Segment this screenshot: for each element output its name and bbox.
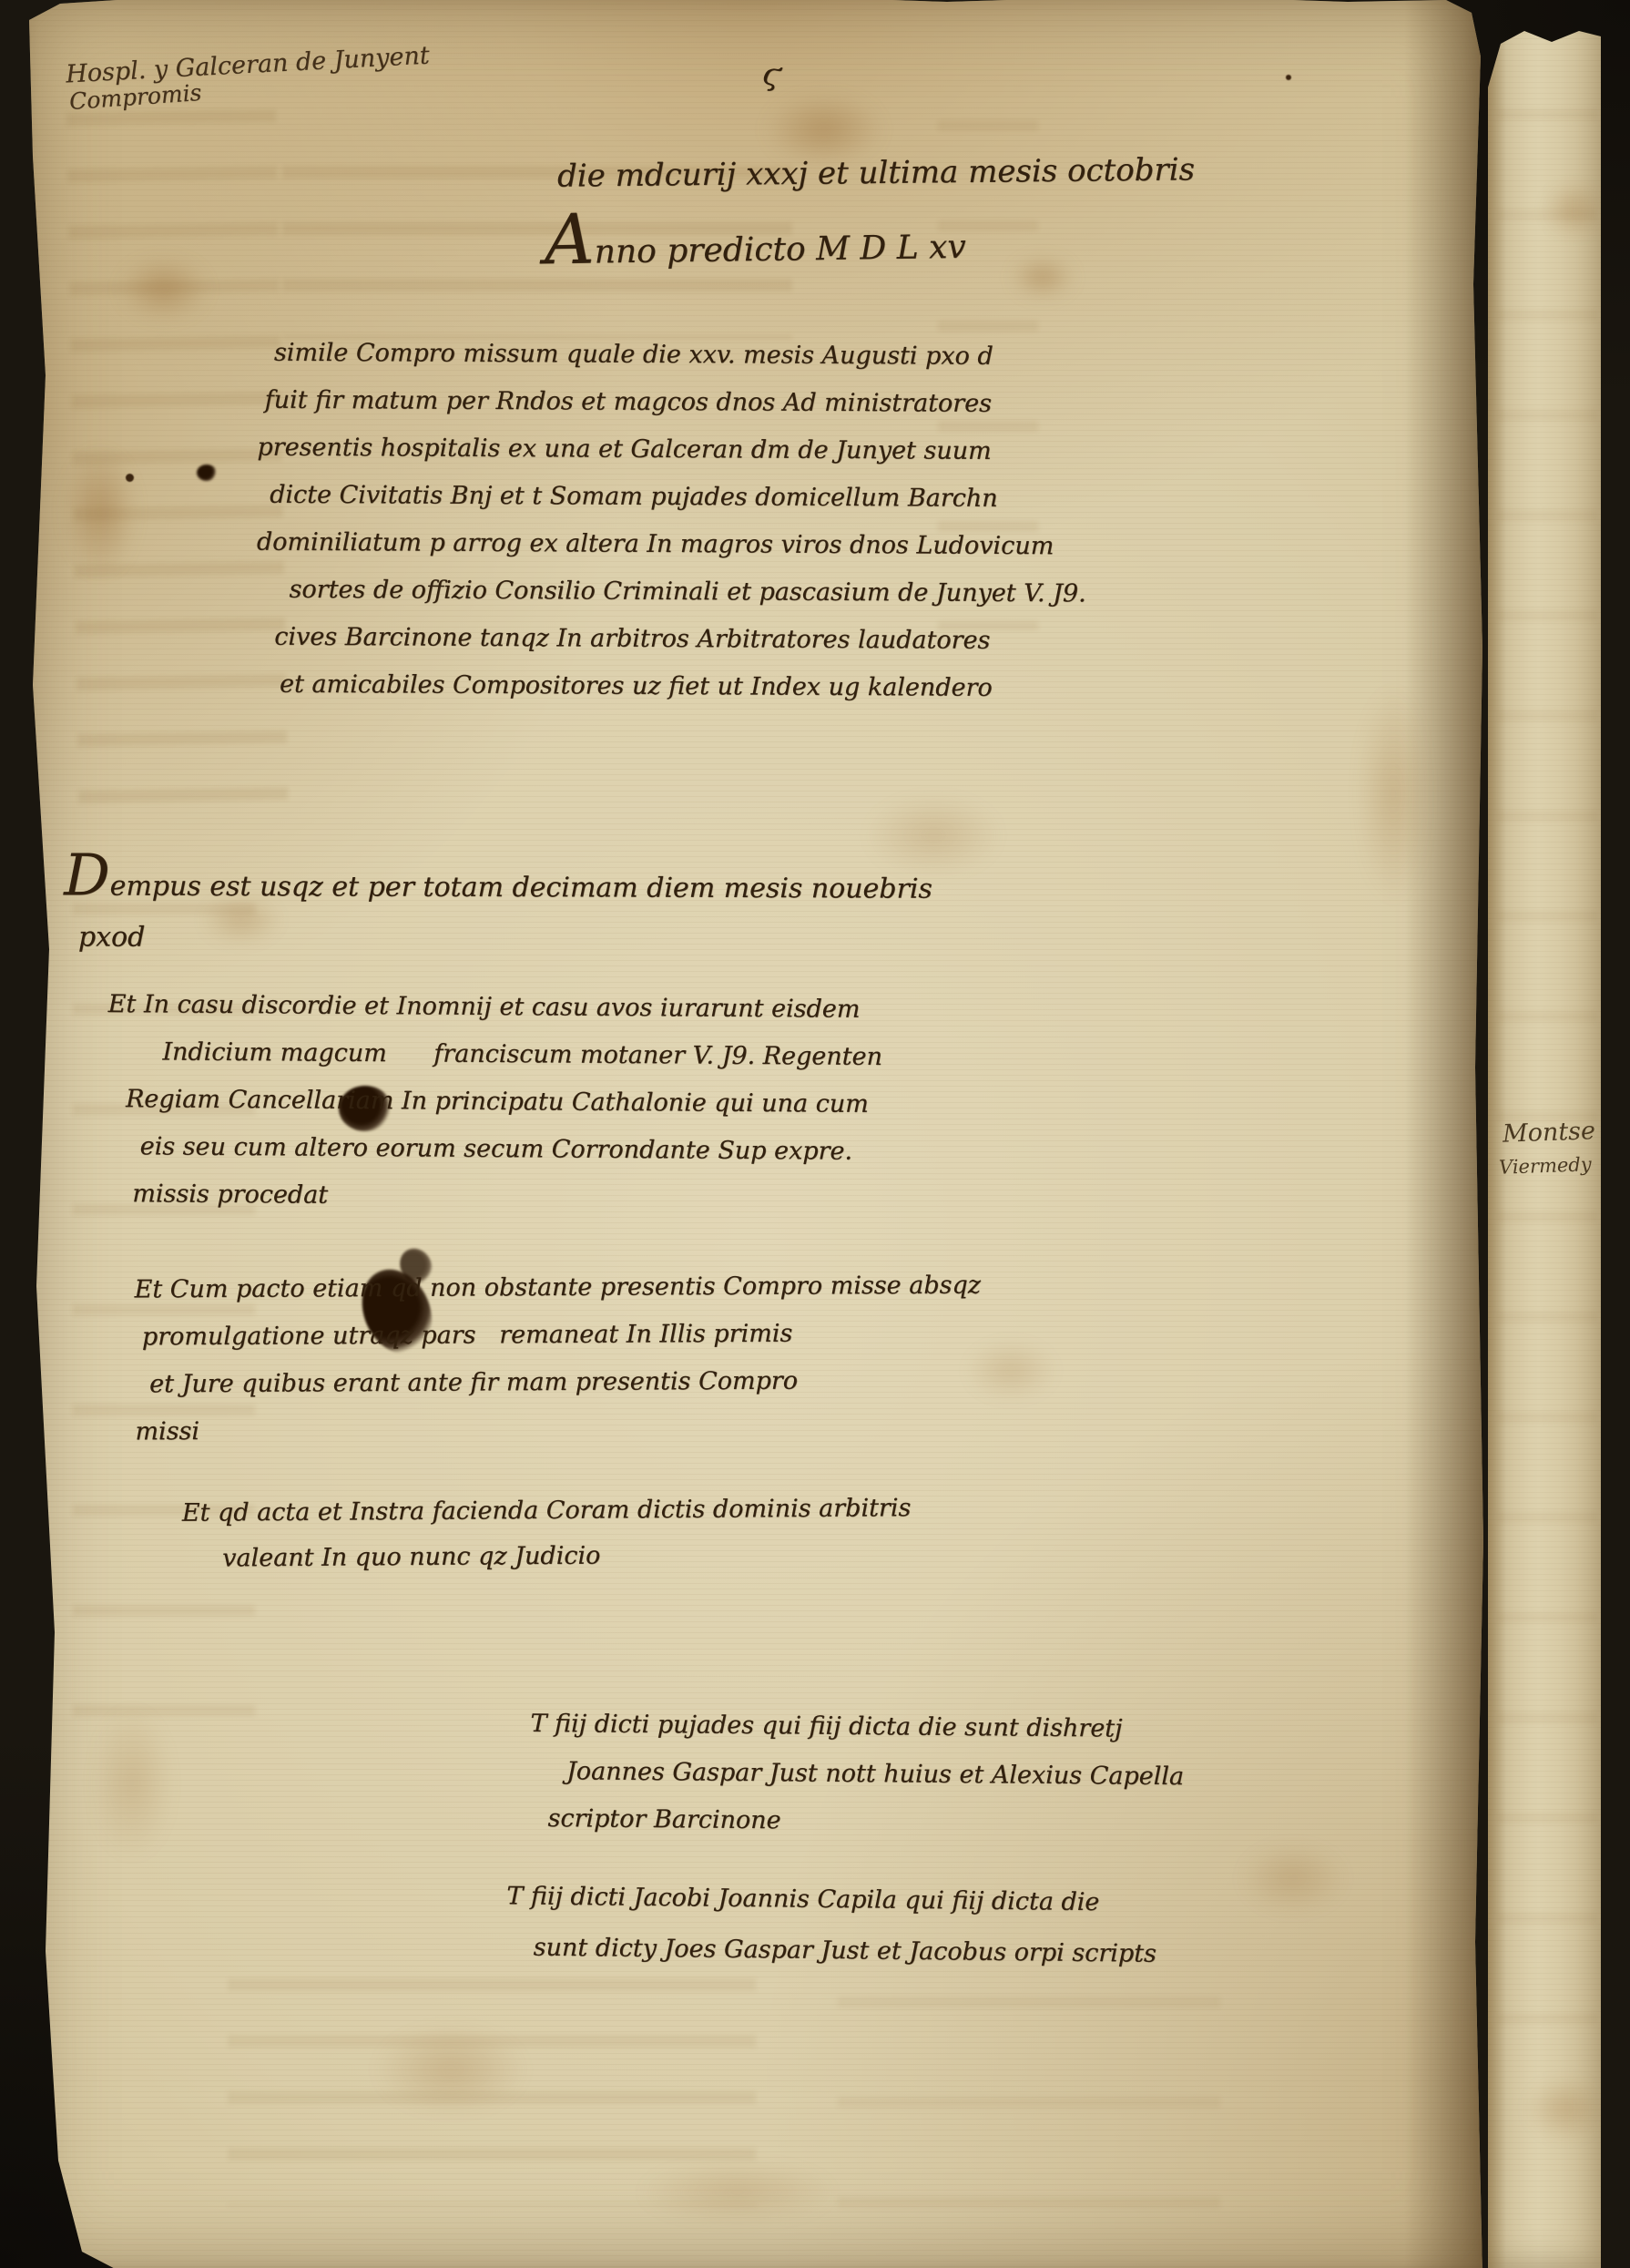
manuscript-line: eis seu cum altero eorum secum Corrondan… <box>139 1123 881 1176</box>
manuscript-line: Joannes Gaspar Just nott huius et Alexiu… <box>566 1748 1184 1801</box>
manuscript-line: T fiij dicti Jacobi Joannis Capila qui f… <box>506 1871 1157 1928</box>
margin-note-line2: Viermedy <box>1499 1153 1592 1179</box>
paragraph-acta: Et qd acta et Instra facienda Coram dict… <box>173 1486 912 1582</box>
page-mark: ϛ <box>759 55 784 94</box>
stain <box>1543 182 1601 237</box>
manuscript-line: sortes de offizio Consilio Criminali et … <box>289 567 1085 618</box>
heading-line1: die mdcurij xxxj et ultima mesis octobri… <box>557 151 1195 194</box>
manuscript-line: dicte Civitatis Bnj et t Somam pujades d… <box>270 472 1086 524</box>
stain <box>1524 2077 1601 2140</box>
manuscript-line: fuit fir matum per Rndos et magcos dnos … <box>265 377 1087 429</box>
manuscript-line: cives Barcinone tanqz In arbitros Arbitr… <box>274 614 1085 666</box>
ink-blot <box>197 465 217 481</box>
stain <box>118 257 209 321</box>
bleedthrough-ghost-lines <box>838 1997 1220 2215</box>
manuscript-line: Et qd acta et Instra facienda Coram dict… <box>182 1486 912 1537</box>
paragraph-pacto: Et Cum pacto etiam qd non obstante prese… <box>134 1262 981 1456</box>
manuscript-line: sunt dicty Joes Gaspar Just et Jacobus o… <box>533 1923 1156 1980</box>
manuscript-line: dominiliatum p arrog ex altera In magros… <box>257 519 1086 571</box>
manuscript-page: Hospl. y Galceran de Junyent Compromis ϛ… <box>18 0 1486 2268</box>
witnesses-pujades: T fiij dicti pujades qui fiij dicta die … <box>529 1701 1184 1848</box>
manuscript-line: simile Compro missum quale die xxv. mesi… <box>274 330 1087 382</box>
manuscript-line: Indicium magcum franciscum motaner V. J9… <box>162 1028 882 1081</box>
manuscript-line: promulgatione utraqz pars remaneat In Il… <box>142 1310 982 1362</box>
manuscript-line: Regiam Cancellariam In principatu Cathal… <box>126 1076 882 1129</box>
heading-line2: Anno predicto M D L xv <box>545 214 966 271</box>
manuscript-line: valeant In quo nunc qz Judicio <box>222 1531 912 1581</box>
paragraph-compromissum: simile Compro missum quale die xxv. mesi… <box>256 330 1087 713</box>
margin-note-line1: Montse <box>1502 1117 1595 1149</box>
manuscript-line: Et In casu discordie et Inomnij et casu … <box>108 981 883 1034</box>
stain <box>64 448 137 576</box>
facing-page-edge: Montse Viermedy <box>1488 0 1601 2268</box>
gutter-shadow <box>1404 0 1486 2268</box>
manuscript-line: et amicabiles Compositores uz fiet ut In… <box>280 661 1085 713</box>
stain <box>91 1705 173 1860</box>
stain <box>1011 257 1075 298</box>
paragraph-term: Dempus est usqz et per totam decimam die… <box>64 858 932 965</box>
manuscript-line: T fiij dicti pujades qui fiij dicta die … <box>530 1701 1184 1753</box>
archival-note-line1: Hospl. y Galceran de Junyent <box>65 42 430 89</box>
manuscript-line: presentis hospitalis ex una et Galceran … <box>257 424 1086 476</box>
paragraph-discordia: Et In casu discordie et Inomnij et casu … <box>107 981 882 1223</box>
stain <box>373 2024 528 2115</box>
manuscript-line: missi <box>135 1405 982 1456</box>
stain <box>1238 1842 1348 1915</box>
stain <box>637 2161 838 2224</box>
manuscript-line: Dempus est usqz et per totam decimam die… <box>64 858 932 914</box>
witnesses-capila: T fiij dicti Jacobi Joannis Capila qui f… <box>505 1871 1156 1979</box>
ink-speck <box>126 474 134 482</box>
manuscript-line: scriptor Barcinone <box>547 1795 1183 1848</box>
manuscript-line: pxod <box>78 912 932 965</box>
manuscript-line: missis procedat <box>132 1170 881 1223</box>
bleedthrough-ghost-lines <box>1497 109 1597 2113</box>
ink-speck <box>1286 75 1291 80</box>
manuscript-line: et Jure quibus erant ante fir mam presen… <box>149 1357 982 1409</box>
manuscript-line: Et Cum pacto etiam qd non obstante prese… <box>134 1262 981 1314</box>
